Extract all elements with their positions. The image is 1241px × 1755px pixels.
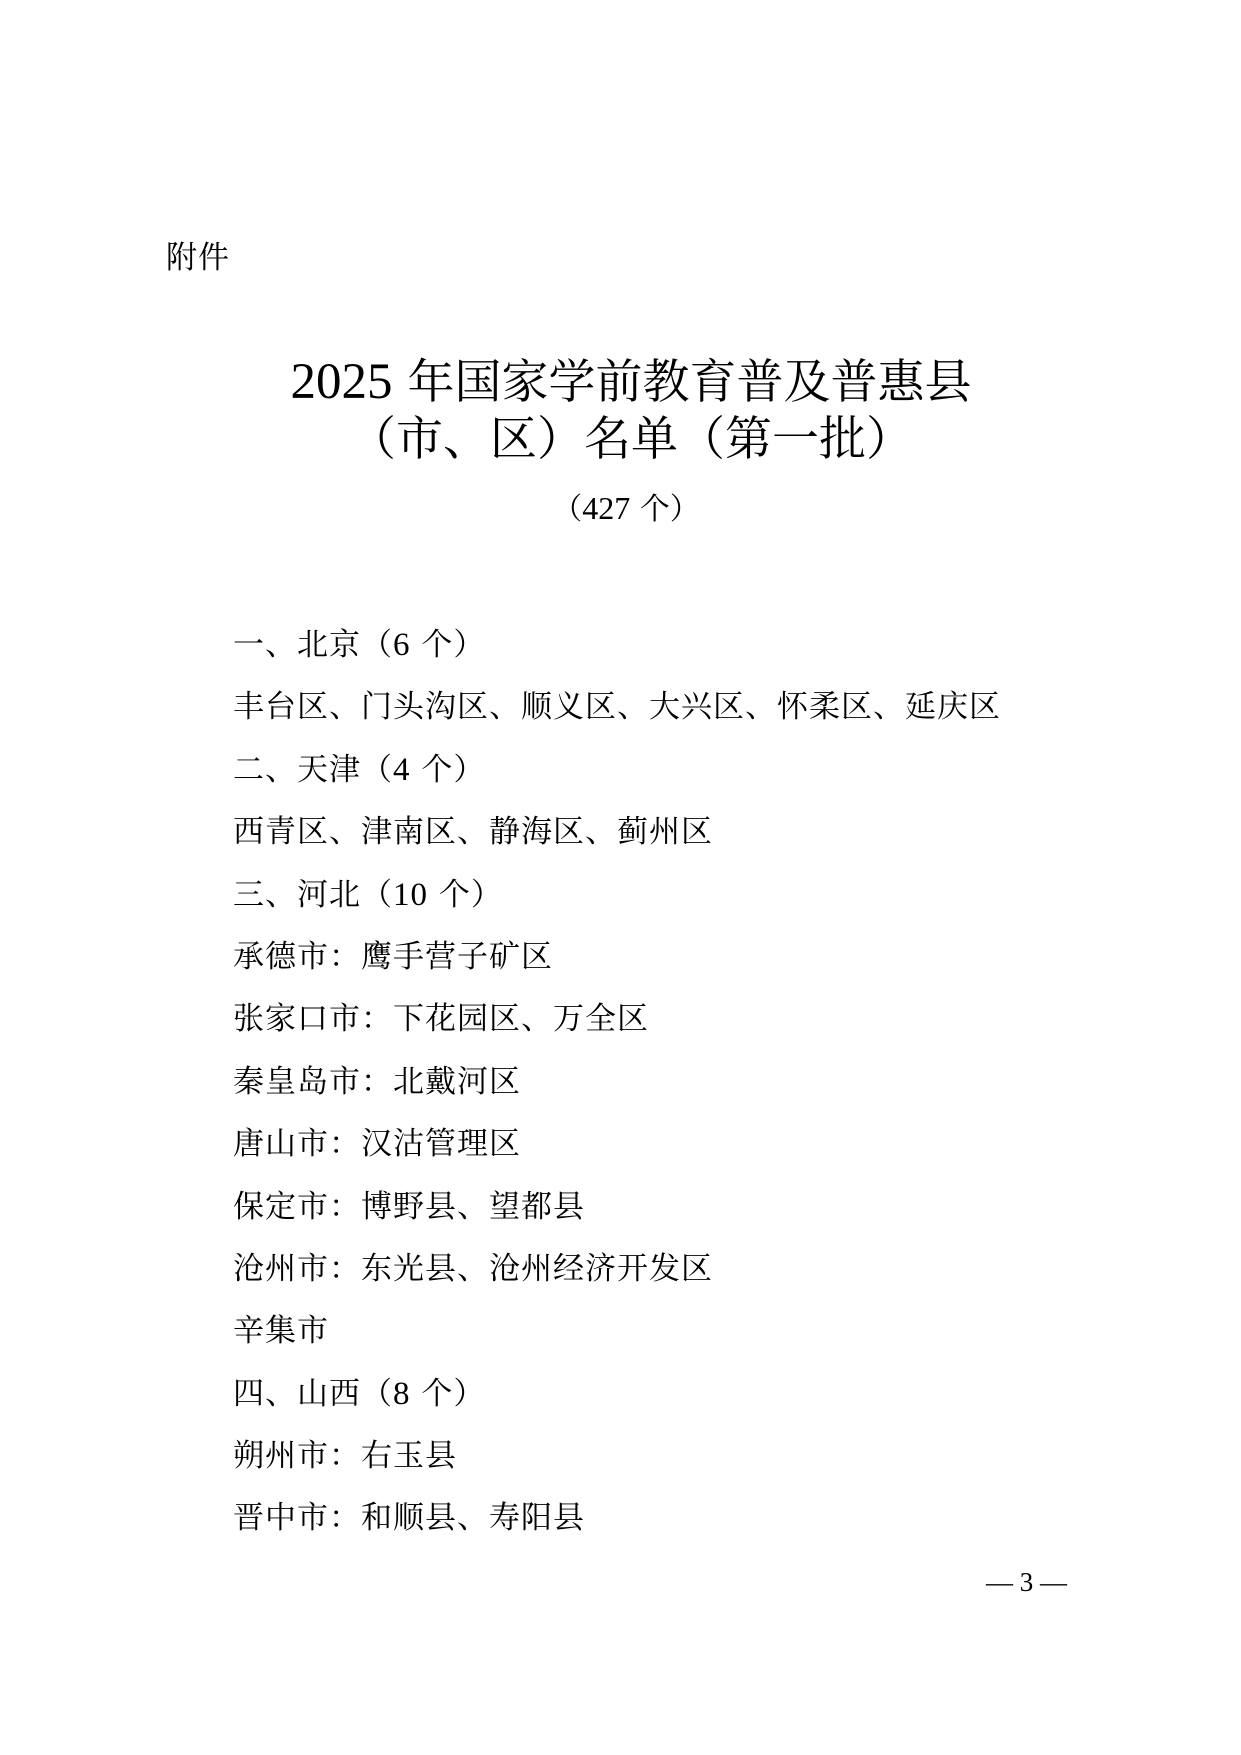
list-item: 朔州市：右玉县 xyxy=(233,1425,1001,1487)
section-heading-beijing: 一、北京（6 个） xyxy=(233,614,1001,676)
document-title-line-1: 2025 年国家学前教育普及普惠县 xyxy=(0,352,1241,413)
section-count: 10 xyxy=(393,877,428,913)
list-item: 辛集市 xyxy=(233,1300,1001,1362)
list-item: 唐山市：汉沽管理区 xyxy=(233,1113,1001,1175)
list-item: 秦皇岛市：北戴河区 xyxy=(233,1051,1001,1113)
page-number: — 3 — xyxy=(986,1564,1067,1600)
attachment-label: 附件 xyxy=(166,238,230,278)
section-heading-tianjin: 二、天津（4 个） xyxy=(233,739,1001,801)
list-item: 承德市：鹰手营子矿区 xyxy=(233,926,1001,988)
section-count: 8 xyxy=(393,1376,411,1412)
section-count: 6 xyxy=(393,627,411,663)
total-count-number: 427 xyxy=(582,490,630,526)
title-year: 2025 xyxy=(291,354,393,410)
list-item: 沧州市：东光县、沧州经济开发区 xyxy=(233,1238,1001,1300)
list-item: 保定市：博野县、望都县 xyxy=(233,1176,1001,1238)
section-heading-shanxi: 四、山西（8 个） xyxy=(233,1363,1001,1425)
total-count: （427 个） xyxy=(0,488,1241,530)
list-item: 西青区、津南区、静海区、蓟州区 xyxy=(233,801,1001,863)
list-item: 晋中市：和顺县、寿阳县 xyxy=(233,1487,1001,1549)
county-list: 一、北京（6 个） 丰台区、门头沟区、顺义区、大兴区、怀柔区、延庆区 二、天津（… xyxy=(233,614,1001,1550)
list-item: 张家口市：下花园区、万全区 xyxy=(233,988,1001,1050)
list-item: 丰台区、门头沟区、顺义区、大兴区、怀柔区、延庆区 xyxy=(233,676,1001,738)
title-text: 年国家学前教育普及普惠县 xyxy=(393,355,972,410)
document-title-line-2: （市、区）名单（第一批） xyxy=(0,410,1241,470)
section-count: 4 xyxy=(393,752,411,788)
section-heading-hebei: 三、河北（10 个） xyxy=(233,864,1001,926)
